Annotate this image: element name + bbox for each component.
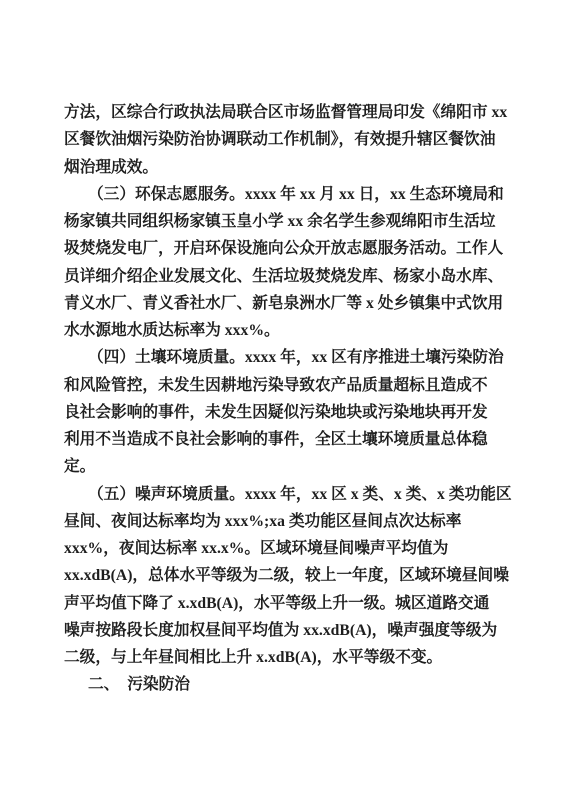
- text-line: 杨家镇共同组织杨家镇玉皇小学 xx 余名学生参观绵阳市生活垃: [64, 208, 510, 235]
- text-line: （四）土壤环境质量。xxxx 年，xx 区有序推进土壤污染防治: [64, 344, 510, 371]
- text-line: 良社会影响的事件，未发生因疑似污染地块或污染地块再开发: [64, 399, 510, 426]
- paragraph-oil-fume-governance-continuation: 方法，区综合行政执法局联合区市场监督管理局印发《绵阳市 xx 区餐饮油烟污染防治…: [64, 99, 510, 181]
- text-line: 利用不当造成不良社会影响的事件，全区土壤环境质量总体稳: [64, 426, 510, 453]
- text-line: 烟治理成效。: [64, 154, 510, 181]
- paragraph-soil-environment-quality: （四）土壤环境质量。xxxx 年，xx 区有序推进土壤污染防治 和风险管控，未发…: [64, 344, 510, 480]
- text-line: 员详细介绍企业发展文化、生活垃圾焚烧发库、杨家小岛水库、: [64, 263, 510, 290]
- text-line: xx.xdB(A)，总体水平等级为二级，较上一年度，区域环境昼间噪: [64, 562, 510, 589]
- text-line: 青义水厂、青义香社水厂、新皂泉洲水厂等 x 处乡镇集中式饮用: [64, 290, 510, 317]
- text-line: （三）环保志愿服务。xxxx 年 xx 月 xx 日，xx 生态环境局和: [64, 181, 510, 208]
- text-line: 水水源地水质达标率为 xxx%。: [64, 317, 510, 344]
- paragraph-noise-environment-quality: （五）噪声环境质量。xxxx 年，xx 区 x 类、x 类、x 类功能区 昼间、…: [64, 481, 510, 672]
- paragraph-environmental-volunteer-service: （三）环保志愿服务。xxxx 年 xx 月 xx 日，xx 生态环境局和 杨家镇…: [64, 181, 510, 345]
- text-line: 和风险管控，未发生因耕地污染导致农产品质量超标且造成不: [64, 372, 510, 399]
- text-line: 区餐饮油烟污染防治协调联动工作机制》，有效提升辖区餐饮油: [64, 126, 510, 153]
- document-page: 方法，区综合行政执法局联合区市场监督管理局印发《绵阳市 xx 区餐饮油烟污染防治…: [0, 0, 570, 807]
- text-line: 昼间、夜间达标率均为 xxx%;xa 类功能区昼间点次达标率: [64, 508, 510, 535]
- text-line: 圾焚烧发电厂，开启环保设施向公众开放志愿服务活动。工作人: [64, 235, 510, 262]
- text-line: 噪声按路段长度加权昼间平均值为 xx.xdB(A)，噪声强度等级为: [64, 617, 510, 644]
- text-line: 二级，与上年昼间相比上升 x.xdB(A)，水平等级不变。: [64, 644, 510, 671]
- text-line: 方法，区综合行政执法局联合区市场监督管理局印发《绵阳市 xx: [64, 99, 510, 126]
- text-block: 方法，区综合行政执法局联合区市场监督管理局印发《绵阳市 xx 区餐饮油烟污染防治…: [64, 99, 510, 699]
- text-line: xxx%，夜间达标率 xx.x%。区域环境昼间噪声平均值为: [64, 535, 510, 562]
- section-pollution-prevention: 二、 污染防治: [64, 671, 510, 698]
- text-line: 定。: [64, 453, 510, 480]
- text-line: 声平均值下降了 x.xdB(A)，水平等级上升一级。城区道路交通: [64, 590, 510, 617]
- section-heading: 二、 污染防治: [64, 671, 510, 698]
- text-line: （五）噪声环境质量。xxxx 年，xx 区 x 类、x 类、x 类功能区: [64, 481, 510, 508]
